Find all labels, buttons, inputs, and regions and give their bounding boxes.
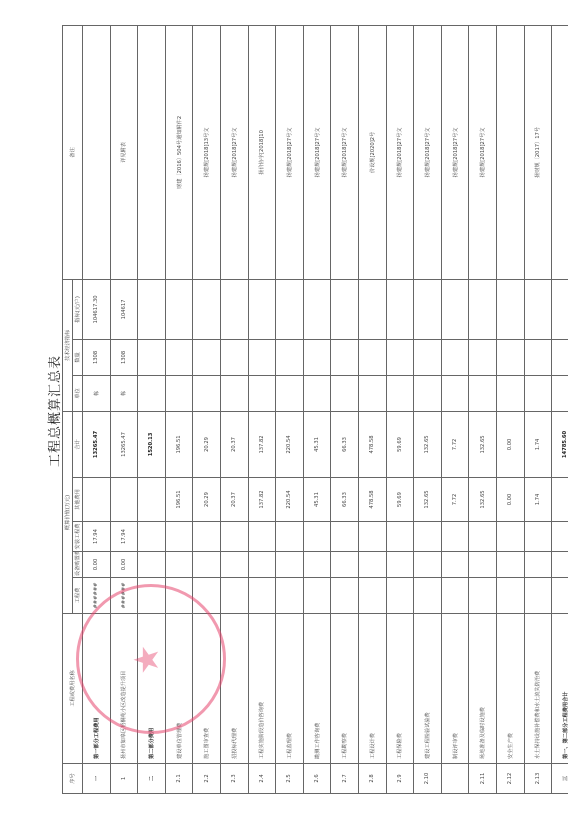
cell-note xyxy=(552,25,568,279)
cell-note: 扬建规[2018]27号文 xyxy=(220,25,248,279)
cell-build xyxy=(220,578,248,614)
cell-name: 工程勘察费 xyxy=(331,614,359,764)
cell-note: 价设规[2020]2号 xyxy=(358,25,386,279)
cell-name: 第一部分工程费用 xyxy=(83,614,111,764)
cell-other: 59.69 xyxy=(386,478,414,522)
cell-install xyxy=(138,522,166,552)
cell-note: 扬建规[2018]27号文 xyxy=(303,25,331,279)
cell-other: 7.72 xyxy=(441,478,469,522)
cell-build: ###### xyxy=(83,578,111,614)
cell-build xyxy=(331,578,359,614)
table-row: 2.6勘测工作咨询费45.3145.31扬建规[2018]27号文 xyxy=(303,25,331,793)
cell-total: 7.72 xyxy=(441,411,469,477)
cell-index xyxy=(414,279,442,339)
cell-unit: 栋 xyxy=(110,375,138,411)
cell-qty xyxy=(414,339,442,375)
cell-seq: 二 xyxy=(138,764,166,794)
cell-build xyxy=(414,578,442,614)
cell-install xyxy=(496,522,524,552)
cell-total: 59.69 xyxy=(386,411,414,477)
cell-equip xyxy=(276,552,304,578)
table-row: 2.1建设单位管理费196.51196.51财建〔2016〕504号通知附件2 xyxy=(165,25,193,793)
cell-equip xyxy=(248,552,276,578)
cell-total: 1520.13 xyxy=(138,411,166,477)
cell-unit xyxy=(331,375,359,411)
cell-total: 20.37 xyxy=(220,411,248,477)
cell-build xyxy=(552,578,568,614)
cell-seq: 2.3 xyxy=(220,764,248,794)
cell-seq xyxy=(441,764,469,794)
header-estimate-group: 概算价值(万元) xyxy=(63,411,73,613)
cell-index: 104617 xyxy=(110,279,138,339)
cell-total: 132.65 xyxy=(414,411,442,477)
cell-install xyxy=(552,522,568,552)
cell-build xyxy=(303,578,331,614)
cell-note: 扬价协字[2018]10 xyxy=(248,25,276,279)
cell-name: 扬州市如皋区梧桐苑小区改造提升项目 xyxy=(110,614,138,764)
cell-seq: 2.2 xyxy=(193,764,221,794)
cell-install xyxy=(524,522,552,552)
cell-total: 13265.47 xyxy=(110,411,138,477)
cell-qty xyxy=(138,339,166,375)
cell-build xyxy=(193,578,221,614)
cell-build xyxy=(469,578,497,614)
cell-qty xyxy=(193,339,221,375)
cell-other: 220.54 xyxy=(276,478,304,522)
document-title: 工程总概算汇总表 xyxy=(44,0,63,822)
cell-seq: 三 xyxy=(552,764,568,794)
cell-note: 扬财规〔2017〕17号 xyxy=(524,25,552,279)
cell-install xyxy=(248,522,276,552)
cell-seq: 2.1 xyxy=(165,764,193,794)
cell-note: 扬建规[2018]13号文 xyxy=(193,25,221,279)
cell-equip xyxy=(220,552,248,578)
cell-qty xyxy=(358,339,386,375)
cell-equip xyxy=(469,552,497,578)
cell-unit xyxy=(441,375,469,411)
cell-install xyxy=(276,522,304,552)
cell-other: 66.33 xyxy=(331,478,359,522)
cell-build xyxy=(276,578,304,614)
cell-index xyxy=(358,279,386,339)
cell-note: 扬建规[2018]27号文 xyxy=(331,25,359,279)
cell-equip xyxy=(303,552,331,578)
cell-seq: 一 xyxy=(83,764,111,794)
cell-qty xyxy=(248,339,276,375)
table-row: 2.13水土保持设施补偿费和水土流失防治费1.741.74扬财规〔2017〕17… xyxy=(524,25,552,793)
header-seq: 序号 xyxy=(63,764,83,794)
table-row: 2.9工程保险费59.6959.69扬建规[2018]27号文 xyxy=(386,25,414,793)
table-row: 1扬州市如皋区梧桐苑小区改造提升项目######0.0017.9413265.4… xyxy=(110,25,138,793)
cell-other: 45.31 xyxy=(303,478,331,522)
cell-total: 13265.47 xyxy=(83,411,111,477)
cell-equip xyxy=(138,552,166,578)
cell-seq: 2.10 xyxy=(414,764,442,794)
cell-build xyxy=(524,578,552,614)
cell-equip xyxy=(441,552,469,578)
cell-total: 132.65 xyxy=(469,411,497,477)
cell-install: 17.94 xyxy=(110,522,138,552)
header-install: 安装工程费 xyxy=(73,522,83,552)
table-row: 2.8工程设计费478.58478.58价设规[2020]2号 xyxy=(358,25,386,793)
cell-total: 20.29 xyxy=(193,411,221,477)
cell-build xyxy=(441,578,469,614)
cell-name: 第二部分费用 xyxy=(138,614,166,764)
cell-other xyxy=(552,478,568,522)
cell-equip xyxy=(552,552,568,578)
cell-unit xyxy=(552,375,568,411)
cell-install xyxy=(303,522,331,552)
cell-unit: 栋 xyxy=(83,375,111,411)
cell-equip xyxy=(331,552,359,578)
cell-qty xyxy=(331,339,359,375)
cell-other: 196.51 xyxy=(165,478,193,522)
cell-name: 工程设计费 xyxy=(358,614,386,764)
cell-index xyxy=(248,279,276,339)
cell-unit xyxy=(414,375,442,411)
cell-equip xyxy=(524,552,552,578)
cell-note: 扬建规[2018]27号文 xyxy=(386,25,414,279)
cell-seq: 2.5 xyxy=(276,764,304,794)
cell-index xyxy=(441,279,469,339)
cell-other xyxy=(83,478,111,522)
cell-install xyxy=(386,522,414,552)
cell-other: 132.65 xyxy=(469,478,497,522)
cell-seq: 2.8 xyxy=(358,764,386,794)
cell-total: 14785.60 xyxy=(552,411,568,477)
cell-install xyxy=(193,522,221,552)
cell-equip xyxy=(414,552,442,578)
cell-note: 扬建规[2018]27号文 xyxy=(469,25,497,279)
cell-seq: 1 xyxy=(110,764,138,794)
cell-other: 20.37 xyxy=(220,478,248,522)
cell-build xyxy=(165,578,193,614)
cell-index xyxy=(276,279,304,339)
cell-name: 招投标代理费 xyxy=(220,614,248,764)
cell-install xyxy=(358,522,386,552)
table-row: 2.2施工图审查费20.2920.29扬建规[2018]13号文 xyxy=(193,25,221,793)
cell-total: 478.58 xyxy=(358,411,386,477)
cell-name: 施工图审查费 xyxy=(193,614,221,764)
cell-build: ###### xyxy=(110,578,138,614)
cell-install xyxy=(414,522,442,552)
cell-equip: 0.00 xyxy=(110,552,138,578)
cell-build xyxy=(138,578,166,614)
header-index: 指标(元/户) xyxy=(73,279,83,339)
cell-seq: 2.4 xyxy=(248,764,276,794)
cell-name: 工程监理费 xyxy=(276,614,304,764)
cell-install xyxy=(331,522,359,552)
table-row: 一第一部分工程费用######0.0017.9413265.47栋1308104… xyxy=(83,25,111,793)
cell-index xyxy=(193,279,221,339)
cell-total: 220.54 xyxy=(276,411,304,477)
cell-build xyxy=(248,578,276,614)
cell-other xyxy=(110,478,138,522)
cell-seq: 2.11 xyxy=(469,764,497,794)
cell-other: 478.58 xyxy=(358,478,386,522)
cell-qty xyxy=(220,339,248,375)
cell-total: 66.33 xyxy=(331,411,359,477)
cell-qty: 1308 xyxy=(110,339,138,375)
cell-other: 20.29 xyxy=(193,478,221,522)
cell-unit xyxy=(524,375,552,411)
cell-seq: 2.6 xyxy=(303,764,331,794)
cell-note: 扬建规[2018]27号文 xyxy=(414,25,442,279)
cell-unit xyxy=(358,375,386,411)
table-row: 2.11场地准备及临时设施费132.65132.65扬建规[2018]27号文 xyxy=(469,25,497,793)
cell-qty xyxy=(441,339,469,375)
cell-name: 制设评审费 xyxy=(441,614,469,764)
header-equip: 设备购置费 xyxy=(73,552,83,578)
table-row: 2.12安全生产费0.000.00 xyxy=(496,25,524,793)
cell-unit xyxy=(303,375,331,411)
table-row: 2.7工程勘察费66.3366.33扬建规[2018]27号文 xyxy=(331,25,359,793)
cell-note: 详见附表 xyxy=(110,25,138,279)
cell-index xyxy=(165,279,193,339)
cell-other: 137.82 xyxy=(248,478,276,522)
cell-name: 工程保险费 xyxy=(386,614,414,764)
table-row: 三第一、第二部分工程费用合计14785.60 xyxy=(552,25,568,793)
cell-seq: 2.9 xyxy=(386,764,414,794)
cell-index xyxy=(138,279,166,339)
cell-unit xyxy=(193,375,221,411)
table-row: 2.4工程实施阶段造价咨询费137.82137.82扬价协字[2018]10 xyxy=(248,25,276,793)
cell-install xyxy=(165,522,193,552)
cell-qty xyxy=(469,339,497,375)
header-qty: 数量 xyxy=(73,339,83,375)
cell-other: 1.74 xyxy=(524,478,552,522)
cell-equip xyxy=(496,552,524,578)
cell-unit xyxy=(469,375,497,411)
cell-qty xyxy=(303,339,331,375)
cell-other xyxy=(138,478,166,522)
cell-unit xyxy=(276,375,304,411)
cell-qty xyxy=(386,339,414,375)
cell-name: 场地准备及临时设施费 xyxy=(469,614,497,764)
cell-equip: 0.00 xyxy=(83,552,111,578)
cell-equip xyxy=(165,552,193,578)
cell-unit xyxy=(248,375,276,411)
header-total: 合计 xyxy=(73,411,83,477)
cell-name: 安全生产费 xyxy=(496,614,524,764)
cell-qty xyxy=(496,339,524,375)
cell-qty xyxy=(552,339,568,375)
cell-total: 45.31 xyxy=(303,411,331,477)
cell-index xyxy=(496,279,524,339)
table-row: 2.10建设工程检验试验费132.65132.65扬建规[2018]27号文 xyxy=(414,25,442,793)
cell-build xyxy=(358,578,386,614)
cell-note: 扬建规[2018]27号文 xyxy=(276,25,304,279)
cell-index xyxy=(386,279,414,339)
cell-seq: 2.12 xyxy=(496,764,524,794)
table-row: 2.3招投标代理费20.3720.37扬建规[2018]27号文 xyxy=(220,25,248,793)
table-row: 2.5工程监理费220.54220.54扬建规[2018]27号文 xyxy=(276,25,304,793)
cell-equip xyxy=(358,552,386,578)
table-row: 二第二部分费用1520.13 xyxy=(138,25,166,793)
cell-name: 建设工程检验试验费 xyxy=(414,614,442,764)
cell-total: 0.00 xyxy=(496,411,524,477)
cell-qty xyxy=(524,339,552,375)
cell-index: 104617.30 xyxy=(83,279,111,339)
cell-qty xyxy=(276,339,304,375)
header-other: 其他费用 xyxy=(73,478,83,522)
cell-equip xyxy=(386,552,414,578)
cell-name: 建设单位管理费 xyxy=(165,614,193,764)
cell-name: 工程实施阶段造价咨询费 xyxy=(248,614,276,764)
cell-note: 扬建规[2018]27号文 xyxy=(441,25,469,279)
cell-other: 0.00 xyxy=(496,478,524,522)
cell-unit xyxy=(220,375,248,411)
header-name: 工程或费用名称 xyxy=(63,614,83,764)
cell-build xyxy=(386,578,414,614)
cell-other: 132.65 xyxy=(414,478,442,522)
cell-unit xyxy=(496,375,524,411)
header-unit: 单位 xyxy=(73,375,83,411)
document-page: 工程总概算汇总表 序号 工程或费用名称 概算价值(万元) 技术经济指标 备注 工… xyxy=(0,0,568,822)
table-row: 制设评审费7.727.72扬建规[2018]27号文 xyxy=(441,25,469,793)
summary-table: 序号 工程或费用名称 概算价值(万元) 技术经济指标 备注 工程费 设备购置费 … xyxy=(62,25,568,794)
header-note: 备注 xyxy=(63,25,83,279)
cell-total: 137.82 xyxy=(248,411,276,477)
cell-equip xyxy=(193,552,221,578)
cell-seq: 2.13 xyxy=(524,764,552,794)
cell-note xyxy=(83,25,111,279)
cell-name: 勘测工作咨询费 xyxy=(303,614,331,764)
cell-qty: 1308 xyxy=(83,339,111,375)
cell-unit xyxy=(386,375,414,411)
cell-qty xyxy=(165,339,193,375)
header-build: 工程费 xyxy=(73,578,83,614)
cell-install: 17.94 xyxy=(83,522,111,552)
cell-unit xyxy=(138,375,166,411)
cell-install xyxy=(469,522,497,552)
cell-index xyxy=(469,279,497,339)
cell-seq: 2.7 xyxy=(331,764,359,794)
cell-name: 水土保持设施补偿费和水土流失防治费 xyxy=(524,614,552,764)
cell-note xyxy=(496,25,524,279)
cell-unit xyxy=(165,375,193,411)
header-tech-group: 技术经济指标 xyxy=(63,279,73,411)
cell-note xyxy=(138,25,166,279)
cell-total: 196.51 xyxy=(165,411,193,477)
cell-index xyxy=(331,279,359,339)
cell-index xyxy=(303,279,331,339)
cell-total: 1.74 xyxy=(524,411,552,477)
cell-build xyxy=(496,578,524,614)
cell-note: 财建〔2016〕504号通知附件2 xyxy=(165,25,193,279)
cell-index xyxy=(524,279,552,339)
cell-install xyxy=(441,522,469,552)
cell-name: 第一、第二部分工程费用合计 xyxy=(552,614,568,764)
cell-index xyxy=(220,279,248,339)
cell-index xyxy=(552,279,568,339)
cell-install xyxy=(220,522,248,552)
